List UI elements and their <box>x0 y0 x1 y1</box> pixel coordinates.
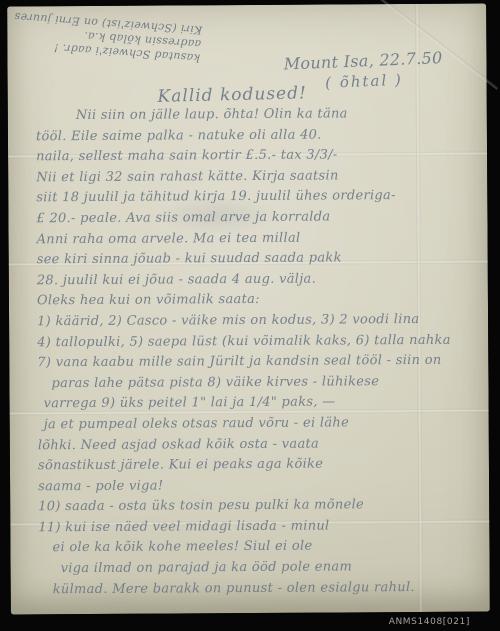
letter-line: lõhki. Need asjad oskad kõik osta - vaat… <box>38 433 483 456</box>
letter-line: ei ole ka kõik kohe meeles! Siul ei ole <box>38 536 483 559</box>
letter-line: 4) tallopulki, 5) saepa lüst (kui võimal… <box>37 330 482 353</box>
letter-line: külmad. Mere barakk on punust - olen esi… <box>39 577 484 600</box>
letter-line: Oleks hea kui on võimalik saata: <box>37 289 482 312</box>
letter-line: Anni raha oma arvele. Ma ei tea millal <box>37 227 482 250</box>
letter-body: Nii siin on jälle laup. õhta! Olin ka tä… <box>36 104 484 601</box>
letter-line: ja et pumpeal oleks otsas raud võru - ei… <box>38 412 483 435</box>
letter-line: 11) kui ise näed veel midagi lisada - mi… <box>38 515 483 538</box>
letter-line: 10) saada - osta üks tosin pesu pulki ka… <box>38 495 483 518</box>
upside-down-margin-note: kasutad Schweiz'i aadr. ! aadressin kõla… <box>12 9 203 64</box>
letter-line: varrega 9) üks peitel 1" lai ja 1/4" pak… <box>38 392 483 415</box>
letter-line: tööl. Eile saime palka - natuke oli alla… <box>36 124 481 147</box>
letter-line: Nii et ligi 32 sain rahast kätte. Kirja … <box>36 165 481 188</box>
letter-line: siit 18 juulil ja tähitud kirja 19. juul… <box>36 186 481 209</box>
letter-line: naila, sellest maha sain kortir £.5.- ta… <box>36 145 481 168</box>
archive-reference-label: ANMS1408[021] <box>389 617 470 627</box>
letter-line: sõnastikust järele. Kui ei peaks aga kõi… <box>38 454 483 477</box>
letter-line: 28. juulil kui ei jõua - saada 4 aug. vä… <box>37 268 482 291</box>
letter-line: Nii siin on jälle laup. õhta! Olin ka tä… <box>36 104 481 127</box>
letter-line: saama - pole viga! <box>38 474 483 497</box>
letter-line: 1) käärid, 2) Casco - väike mis on kodus… <box>37 310 482 333</box>
letter-line: paras lahe pätsa pista 8) väike kirves -… <box>37 371 482 394</box>
letter-line: 7) vana kaabu mille sain Jürilt ja kands… <box>37 351 482 374</box>
scan-background: kasutad Schweiz'i aadr. ! aadressin kõla… <box>0 0 500 631</box>
letter-line: viga ilmad on parajad ja ka ööd pole ena… <box>39 557 484 580</box>
letter-paper: kasutad Schweiz'i aadr. ! aadressin kõla… <box>7 4 490 615</box>
letter-line: see kiri sinna jõuab - kui suudad saada … <box>37 248 482 271</box>
letter-line: £ 20.- peale. Ava siis omal arve ja korr… <box>36 207 481 230</box>
